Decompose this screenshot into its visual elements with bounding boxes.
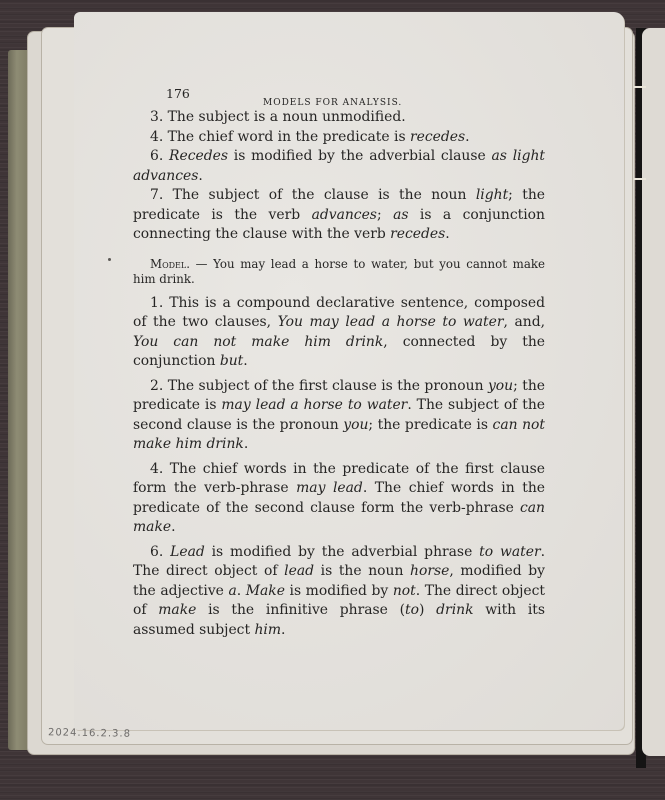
item-text: is modified by the adverbial phrase [205,544,479,560]
binding-thread [634,86,646,88]
item-number: 4. [150,461,170,477]
item-number: 3. [150,109,168,125]
italic-term: you [343,417,368,433]
italic-term: make [158,602,196,618]
italic-term: him [254,622,281,638]
italic-term: light [476,187,508,203]
item-text: ; the predicate is [368,417,492,433]
item-number: 4. [150,129,168,145]
item-text: . [281,622,285,638]
italic-term: you [488,378,513,394]
model-dash: — [190,257,213,271]
accession-number-pencil: 2024.16.2.3.8 [48,727,131,739]
running-head: MODELS FOR ANALYSIS. [263,94,402,114]
item-text: is modified by [285,583,393,599]
italic-term: drink [436,602,473,618]
analysis-list-model: 1. This is a compound declarative senten… [133,294,545,641]
item-number: 6. [150,544,170,560]
item-text: . [171,519,175,535]
paper-speck [108,258,111,261]
item-text: is the infinitive phrase ( [196,602,405,618]
italic-term: Make [246,583,285,599]
item-number: 2. [150,378,168,394]
italic-term: You can not make him drink [133,334,383,350]
item-text: . [237,583,246,599]
item-text: . [445,226,449,242]
italic-term: Lead [170,544,205,560]
item-text: ) [419,602,436,618]
item-number: 1. [150,295,169,311]
analysis-item: 2. The subject of the first clause is th… [133,377,545,455]
italic-term: not [393,583,416,599]
binding-thread [634,178,646,180]
item-text: . [198,168,202,184]
item-number: 6. [150,148,169,164]
item-text: is modified by the adverbial clause [228,148,492,164]
analysis-list-top: 3. The subject is a noun unmodified.4. T… [133,108,545,245]
model-sentence: Model. — You may lead a horse to water, … [133,257,545,287]
italic-term: recedes [390,226,445,242]
italic-term: recedes [410,129,465,145]
page-number: 176 [166,84,190,104]
item-text: . [465,129,469,145]
analysis-item: 1. This is a compound declarative senten… [133,294,545,372]
page-text: 176 MODELS FOR ANALYSIS. 3. The subject … [133,84,545,640]
item-text: . [243,353,247,369]
item-text: . [244,436,248,452]
analysis-item: 6. Recedes is modified by the adverbial … [133,147,545,186]
analysis-item: 4. The chief words in the predicate of t… [133,460,545,538]
item-text: The subject of the first clause is the p… [168,378,488,394]
item-number: 7. [150,187,173,203]
italic-term: to water [479,544,540,560]
analysis-item: 4. The chief word in the predicate is re… [133,128,545,148]
italic-term: Recedes [169,148,228,164]
book-spine-cloth [8,50,30,750]
italic-term: but [220,353,243,369]
italic-term: may lead a horse to water [221,397,407,413]
item-text: The subject of the clause is the noun [173,187,476,203]
item-text: The chief word in the predicate is [168,129,410,145]
facing-page-edge [642,28,665,756]
italic-term: advances [312,207,377,223]
analysis-item: 7. The subject of the clause is the noun… [133,186,545,245]
italic-term: You may lead a horse to water [278,314,504,330]
page-header: 176 MODELS FOR ANALYSIS. [133,84,545,108]
italic-term: a [228,583,236,599]
analysis-item: 6. Lead is modified by the adverbial phr… [133,543,545,641]
italic-term: lead [284,563,314,579]
italic-term: as [393,207,408,223]
italic-term: horse [410,563,449,579]
model-label: Model. [150,257,190,271]
item-text: ; [377,207,393,223]
item-text: is the noun [314,563,410,579]
italic-term: to [405,602,419,618]
item-text: , and, [504,314,546,330]
italic-term: may lead [296,480,363,496]
